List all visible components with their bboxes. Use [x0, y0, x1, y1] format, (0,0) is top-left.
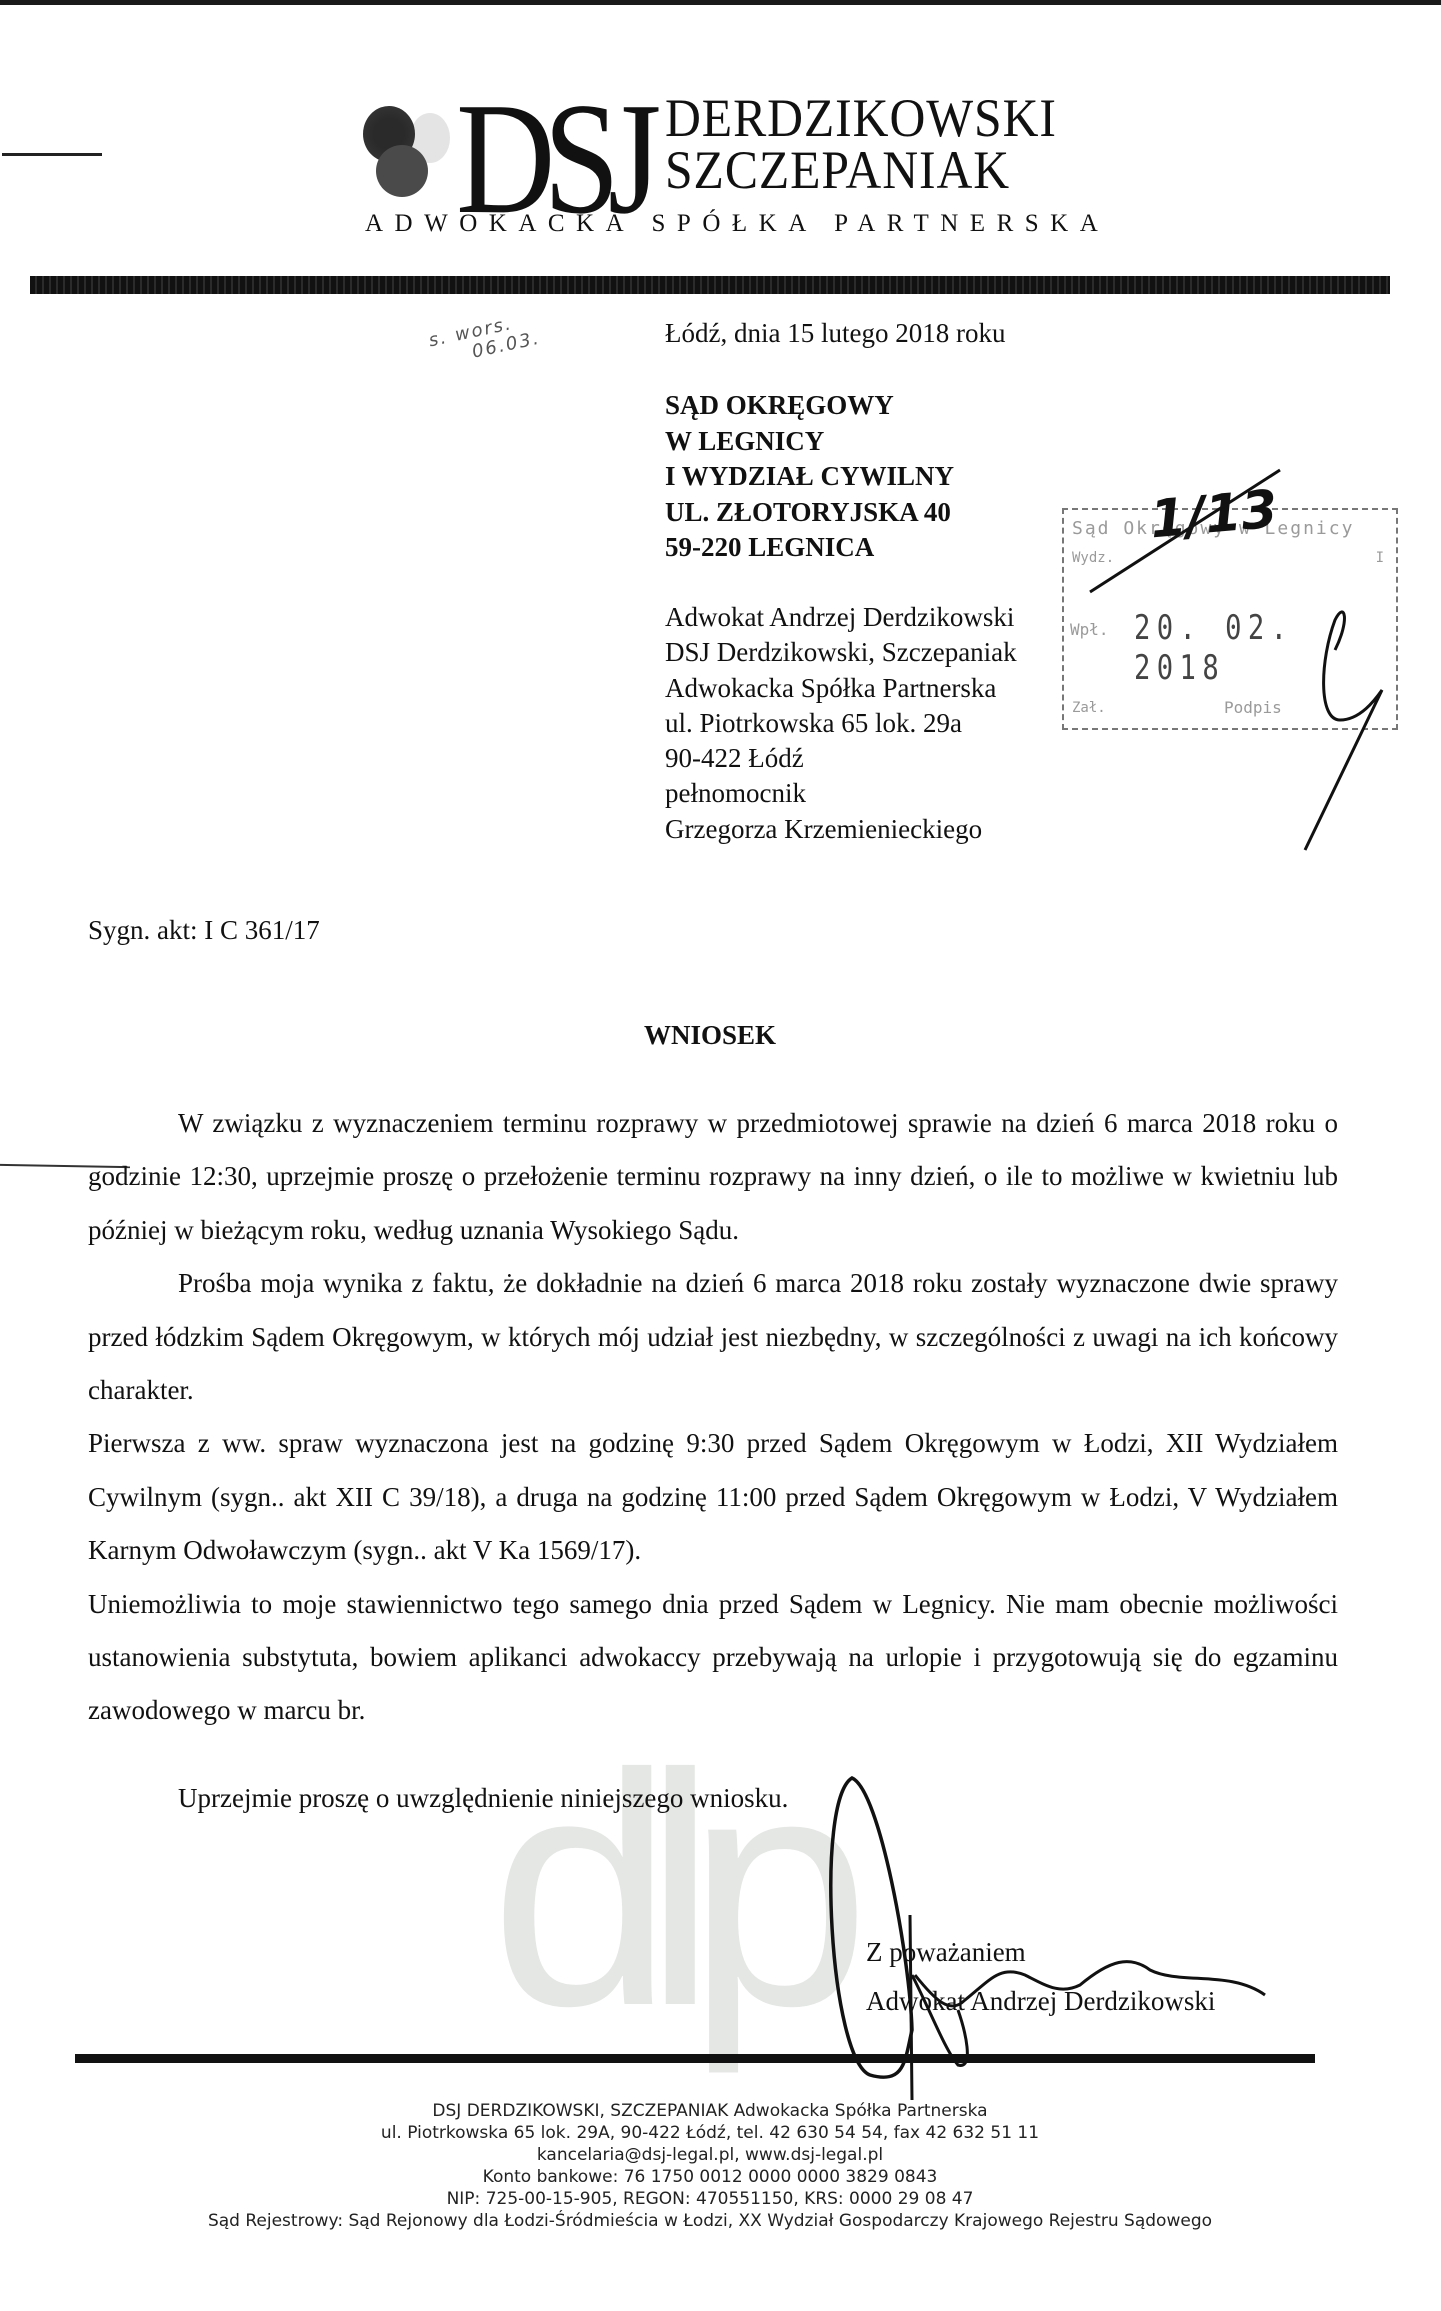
sender-address: Adwokat Andrzej DerdzikowskiDSJ Derdziko…: [665, 600, 1017, 847]
handwritten-annotation: s. wors. 06.03.: [427, 309, 542, 371]
letter-body: W związku z wyznaczeniem terminu rozpraw…: [88, 1097, 1338, 1738]
letter-date: Łódź, dnia 15 lutego 2018 roku: [665, 318, 1005, 349]
firm-name: DERDZIKOWSKI SZCZEPANIAK: [665, 92, 1057, 196]
body-paragraph: Uniemożliwia to moje stawiennictwo tego …: [88, 1578, 1338, 1738]
footer-firm-name: DSJ DERDZIKOWSKI, SZCZEPANIAK Adwokacka …: [0, 2100, 1420, 2122]
footer-address: ul. Piotrkowska 65 lok. 29A, 90-422 Łódź…: [0, 2122, 1420, 2144]
logo-circle-mid-icon: [376, 145, 428, 197]
case-reference: Sygn. akt: I C 361/17: [88, 915, 320, 946]
recipient-address-line: SĄD OKRĘGOWY: [665, 388, 954, 424]
footer-divider: [75, 2054, 1315, 2063]
footer-registry-ids: NIP: 725-00-15-905, REGON: 470551150, KR…: [0, 2188, 1420, 2210]
footer-bank-account: Konto bankowe: 76 1750 0012 0000 0000 38…: [0, 2166, 1420, 2188]
recipient-address-line: 59-220 LEGNICA: [665, 530, 954, 566]
firm-name-line1: DERDZIKOWSKI: [665, 92, 1057, 144]
recipient-address-line: UL. ZŁOTORYJSKA 40: [665, 495, 954, 531]
recipient-address: SĄD OKRĘGOWYW LEGNICYI WYDZIAŁ CYWILNYUL…: [665, 388, 954, 566]
scan-mark: [2, 153, 102, 156]
body-paragraph: W związku z wyznaczeniem terminu rozpraw…: [88, 1097, 1338, 1257]
regards: Z poważaniem: [866, 1937, 1026, 1968]
footer-registry-court: Sąd Rejestrowy: Sąd Rejonowy dla Łodzi-Ś…: [0, 2210, 1420, 2232]
recipient-address-line: I WYDZIAŁ CYWILNY: [665, 459, 954, 495]
stamp-wydz-label: Wydz.: [1072, 550, 1114, 566]
signer-name: Adwokat Andrzej Derdzikowski: [866, 1986, 1215, 2017]
sender-address-line: Grzegorza Krzemienieckiego: [665, 812, 1017, 847]
sender-address-line: ul. Piotrkowska 65 lok. 29a: [665, 706, 1017, 741]
stamp-handwritten-number: 1/13: [1148, 480, 1280, 551]
sender-address-line: pełnomocnik: [665, 776, 1017, 811]
stamp-attachments-label: Zał.: [1072, 700, 1106, 716]
sender-address-line: DSJ Derdzikowski, Szczepaniak: [665, 635, 1017, 670]
body-paragraph: Prośba moja wynika z faktu, że dokładnie…: [88, 1257, 1338, 1417]
stamp-received-label: Wpł.: [1070, 620, 1109, 639]
firm-name-line2: SZCZEPANIAK: [665, 144, 1057, 196]
recipient-address-line: W LEGNICY: [665, 424, 954, 460]
closing-request: Uprzejmie proszę o uwzględnienie niniejs…: [178, 1783, 788, 1814]
sender-address-line: 90-422 Łódź: [665, 741, 1017, 776]
sender-address-line: Adwokat Andrzej Derdzikowski: [665, 600, 1017, 635]
header-divider: [30, 276, 1390, 294]
document-title: WNIOSEK: [0, 1020, 1420, 1051]
firm-footer: DSJ DERDZIKOWSKI, SZCZEPANIAK Adwokacka …: [0, 2100, 1420, 2232]
scan-edge-strip: [0, 0, 1441, 5]
watermark-logo: dlp: [490, 1700, 840, 2080]
stamp-signature-label: Podpis: [1224, 698, 1282, 717]
stamp-received-date: 20. 02. 2018: [1134, 608, 1344, 688]
sender-address-line: Adwokacka Spółka Partnerska: [665, 671, 1017, 706]
firm-tagline: ADWOKACKA SPÓŁKA PARTNERSKA: [365, 210, 1109, 238]
body-paragraph: Pierwsza z ww. spraw wyznaczona jest na …: [88, 1417, 1338, 1577]
stamp-wydz-value: I: [1376, 550, 1384, 566]
footer-contact: kancelaria@dsj-legal.pl, www.dsj-legal.p…: [0, 2144, 1420, 2166]
